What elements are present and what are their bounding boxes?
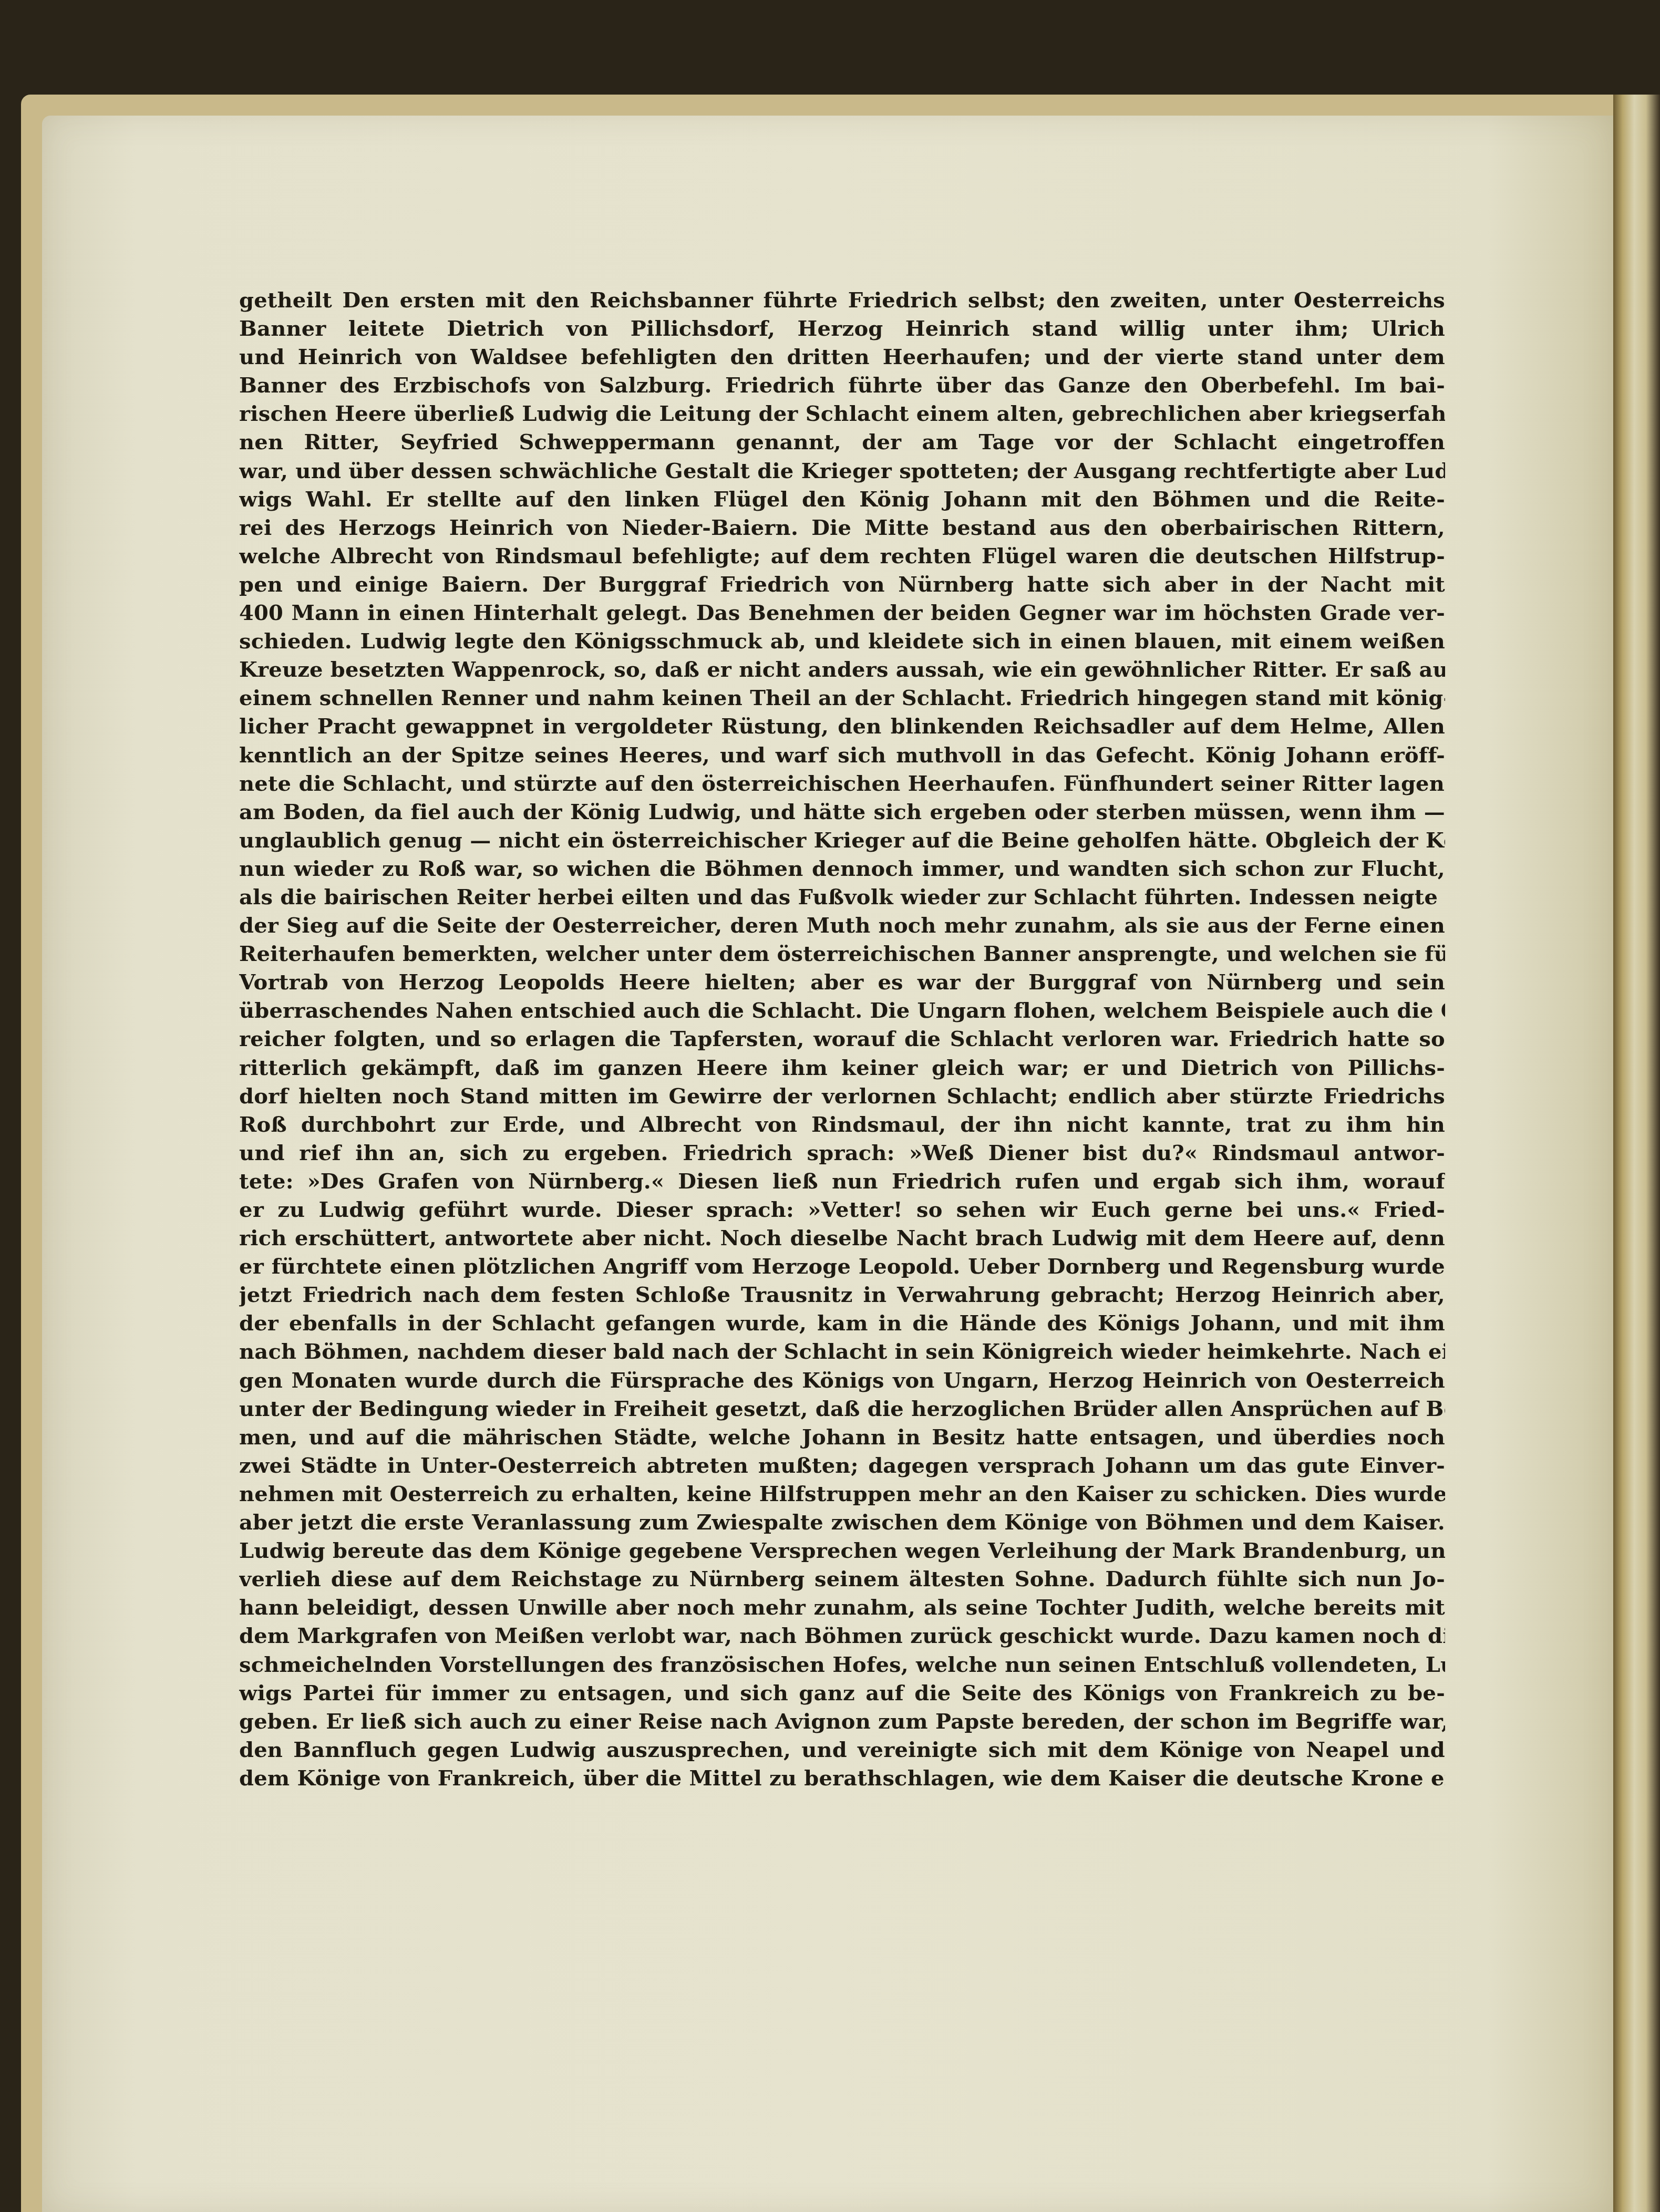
text-line: wigs Wahl. Er stellte auf den linken Flü… [239,485,1445,514]
text-line: nehmen mit Oesterreich zu erhalten, kein… [239,1480,1445,1508]
text-line: schieden. Ludwig legte den Königsschmuck… [239,627,1445,656]
text-line: ritterlich gekämpft, daß im ganzen Heere… [239,1054,1445,1082]
text-line: unglaublich genug — nicht ein österreich… [239,826,1445,855]
text-line: er fürchtete einen plötzlichen Angriff v… [239,1253,1445,1281]
text-line: zwei Städte in Unter-Oesterreich abtrete… [239,1452,1445,1480]
text-line: Ludwig bereute das dem Könige gegebene V… [239,1537,1445,1565]
text-line: war, und über dessen schwächliche Gestal… [239,457,1445,485]
text-line: getheilt Den ersten mit den Reichsbanner… [239,286,1445,315]
text-line: jetzt Friedrich nach dem festen Schloße … [239,1281,1445,1309]
text-line: und Heinrich von Waldsee befehligten den… [239,343,1445,371]
text-line: rischen Heere überließ Ludwig die Leitun… [239,400,1445,428]
text-line: tete: »Des Grafen von Nürnberg.« Diesen … [239,1167,1445,1196]
text-line: unter der Bedingung wieder in Freiheit g… [239,1395,1445,1423]
text-line: am Boden, da fiel auch der König Ludwig,… [239,798,1445,826]
text-line: schmeichelnden Vorstellungen des französ… [239,1651,1445,1679]
text-line: dorf hielten noch Stand mitten im Gewirr… [239,1082,1445,1111]
text-line: welche Albrecht von Rindsmaul befehligte… [239,542,1445,571]
text-line: Vortrab von Herzog Leopolds Heere hielte… [239,968,1445,997]
text-line: aber jetzt die erste Veranlassung zum Zw… [239,1508,1445,1537]
text-line: rich erschüttert, antwortete aber nicht.… [239,1224,1445,1253]
text-line: nach Böhmen, nachdem dieser bald nach de… [239,1338,1445,1366]
text-line: nun wieder zu Roß war, so wichen die Böh… [239,855,1445,883]
text-line: men, und auf die mährischen Städte, welc… [239,1423,1445,1452]
text-line: Kreuze besetzten Wappenrock, so, daß er … [239,656,1445,684]
text-line: der ebenfalls in der Schlacht gefangen w… [239,1309,1445,1338]
text-line: den Bannfluch gegen Ludwig auszusprechen… [239,1736,1445,1764]
text-line: pen und einige Baiern. Der Burggraf Frie… [239,571,1445,599]
text-line: als die bairischen Reiter herbei eilten … [239,883,1445,912]
text-line: überraschendes Nahen entschied auch die … [239,997,1445,1025]
text-line: kenntlich an der Spitze seines Heeres, u… [239,741,1445,770]
text-line: geben. Er ließ sich auch zu einer Reise … [239,1708,1445,1736]
text-line: 400 Mann in einen Hinterhalt gelegt. Das… [239,599,1445,627]
text-line: er zu Ludwig geführt wurde. Dieser sprac… [239,1196,1445,1224]
body-text: getheilt Den ersten mit den Reichsbanner… [239,286,1445,1793]
text-line: nen Ritter, Seyfried Schweppermann genan… [239,428,1445,457]
text-line: wigs Partei für immer zu entsagen, und s… [239,1679,1445,1708]
text-line: Reiterhaufen bemerkten, welcher unter de… [239,940,1445,968]
text-line: Banner leitete Dietrich von Pillichsdorf… [239,315,1445,343]
text-line: verlieh diese auf dem Reichstage zu Nürn… [239,1565,1445,1594]
text-line: der Sieg auf die Seite der Oesterreicher… [239,912,1445,940]
text-line: Roß durchbohrt zur Erde, und Albrecht vo… [239,1111,1445,1139]
text-line: licher Pracht gewappnet in vergoldeter R… [239,712,1445,741]
text-line: und rief ihn an, sich zu ergeben. Friedr… [239,1139,1445,1167]
text-line: nete die Schlacht, und stürzte auf den ö… [239,770,1445,798]
text-line: gen Monaten wurde durch die Fürsprache d… [239,1367,1445,1395]
text-line: einem schnellen Renner und nahm keinen T… [239,684,1445,712]
text-line: hann beleidigt, dessen Unwille aber noch… [239,1594,1445,1622]
facing-page-edge [1613,95,1660,2212]
text-line: dem Könige von Frankreich, über die Mitt… [239,1764,1445,1793]
text-line: dem Markgrafen von Meißen verlobt war, n… [239,1622,1445,1650]
text-line: Banner des Erzbischofs von Salzburg. Fri… [239,371,1445,400]
text-line: reicher folgten, und so erlagen die Tapf… [239,1025,1445,1053]
text-line: rei des Herzogs Heinrich von Nieder-Baie… [239,514,1445,542]
